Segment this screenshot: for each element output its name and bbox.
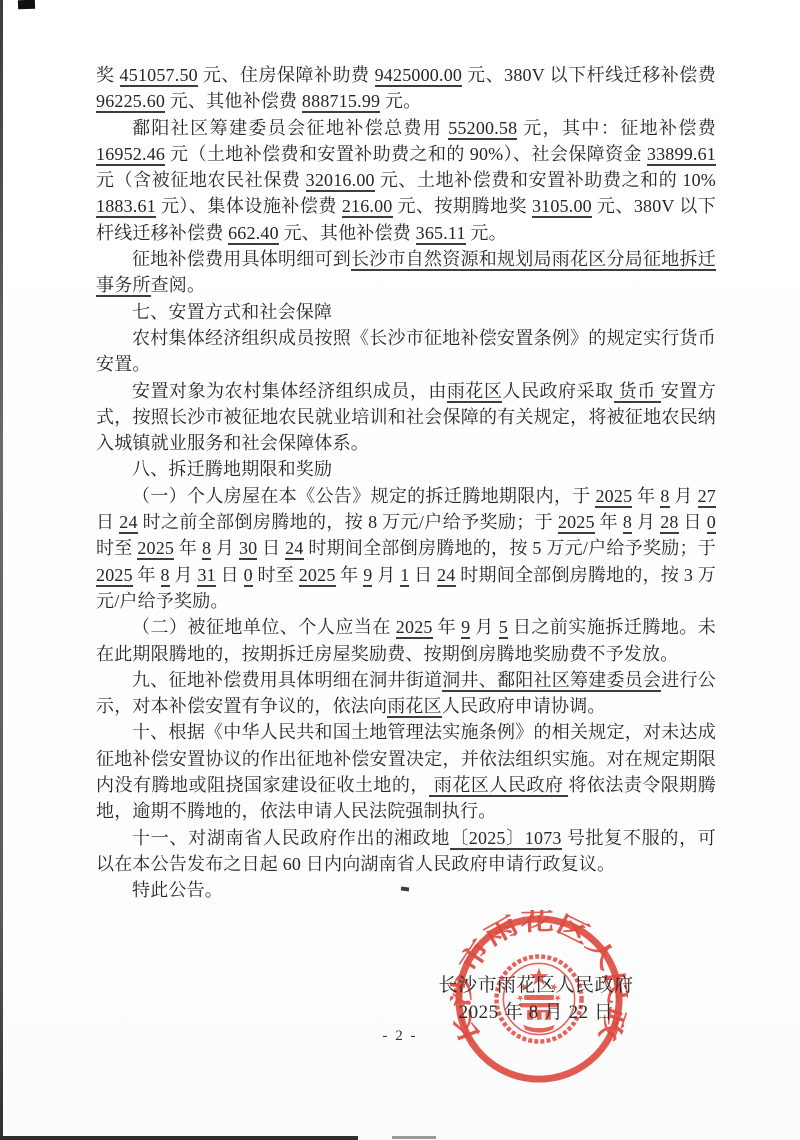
underlined-text: 2025	[396, 617, 433, 639]
text-run: 征地补偿费用具体明细可到	[132, 249, 351, 269]
text-run: 月	[670, 486, 698, 506]
underlined-text: 洞井、鄱阳社区筹建委员会	[442, 670, 661, 692]
underlined-text: 0	[244, 565, 253, 587]
underlined-text: 9425000.00	[375, 65, 463, 87]
paragraph: 九、征地补偿费用具体明细在洞井街道洞井、鄱阳社区筹建委员会进行公示，对本补偿安置…	[96, 667, 716, 720]
signature-name: 长沙市雨花区人民政府	[438, 972, 634, 999]
text-run: 查阅。	[151, 275, 206, 295]
underlined-text: 1	[400, 565, 409, 587]
underlined-text: 888715.99	[302, 91, 380, 113]
paragraph: 七、安置方式和社会保障	[96, 299, 716, 325]
text-run: 元）、集体设施补偿费	[156, 196, 342, 216]
underlined-text: 〔2025〕1073	[450, 828, 562, 850]
underlined-text: 货币	[614, 381, 661, 403]
text-run: 元。	[466, 223, 507, 243]
text-run: 元（含被征地农民社保费	[96, 170, 306, 190]
scan-bottom-artifact	[0, 1136, 358, 1140]
text-run: 日	[409, 565, 437, 585]
text-run: 九、征地补偿费用具体明细在洞井街道	[132, 670, 442, 690]
text-run: 七、安置方式和社会保障	[132, 302, 332, 322]
underlined-text: 2025	[595, 486, 632, 508]
paragraph: 十一、对湖南省人民政府作出的湘政地〔2025〕1073 号批复不服的，可以在本公…	[96, 825, 716, 878]
underlined-text: 8	[660, 486, 669, 508]
underlined-text: 24	[437, 565, 455, 587]
underlined-text: 雨花区人民政府	[429, 775, 568, 797]
text-run: 时至	[96, 538, 137, 558]
underlined-text: 雨花区	[447, 381, 503, 403]
underlined-text: 2025	[299, 565, 336, 587]
underlined-text: 216.00	[342, 196, 393, 218]
text-run: 月	[372, 565, 400, 585]
text-run: 日	[216, 565, 244, 585]
text-run: 日	[257, 538, 285, 558]
underlined-text: 24	[285, 538, 303, 560]
paragraph: 奖 451057.50 元、住房保障补助费 9425000.00 元、380V …	[96, 62, 716, 115]
text-run: 人民政府申请协调。	[442, 696, 606, 716]
text-run: 月	[170, 565, 198, 585]
signature-block: 长沙市雨花区人民政府 2025 年 8 月 22 日	[438, 972, 634, 1026]
paragraph: 安置对象为农村集体经济组织成员，由雨花区人民政府采取 货币 安置方式，按照长沙市…	[96, 378, 716, 457]
text-run: 日	[96, 512, 119, 532]
underlined-text: 5	[499, 617, 508, 639]
text-run: 时至	[253, 565, 299, 585]
underlined-text: 2025	[137, 538, 174, 560]
paragraph: 十、根据《中华人民共和国土地管理法实施条例》的相关规定，对未达成征地补偿安置协议…	[96, 719, 716, 824]
underlined-text: 24	[119, 512, 137, 534]
text-run: 年	[133, 565, 161, 585]
paragraph: （二）被征地单位、个人应当在 2025 年 9 月 5 日之前实施拆迁腾地。未在…	[96, 614, 716, 667]
underlined-text: 662.40	[228, 223, 279, 245]
text-run: 月	[211, 538, 239, 558]
page-number: - 2 -	[0, 1028, 800, 1045]
text-run: 十一、对湖南省人民政府作出的湘政地	[132, 828, 450, 848]
text-run: 月	[632, 512, 660, 532]
paragraph: 农村集体经济组织成员按照《长沙市征地补偿安置条例》的规定实行货币安置。	[96, 325, 716, 378]
underlined-text: 9	[461, 617, 470, 639]
underlined-text: 32016.00	[306, 170, 375, 192]
text-run: 元、其他补偿费	[279, 223, 416, 243]
text-run: 八、拆迁腾地期限和奖励	[132, 459, 332, 479]
scan-edge-line	[0, 0, 3, 1140]
text-run: （二）被征地单位、个人应当在	[132, 617, 396, 637]
underlined-text: 8	[623, 512, 632, 534]
text-run: 年	[595, 512, 623, 532]
text-run: 元（土地补偿费和安置补助费之和的 90%）、社会保障资金	[165, 144, 647, 164]
underlined-text: 2025	[96, 565, 133, 587]
text-run: 特此公告。	[132, 880, 223, 900]
underlined-text: 365.11	[416, 223, 466, 245]
underlined-text: 16952.46	[96, 144, 165, 166]
paragraph: （一）个人房屋在本《公告》规定的拆迁腾地期限内，于 2025 年 8 月 27 …	[96, 483, 716, 614]
text-run: 元，其中：征地补偿费	[517, 118, 716, 138]
text-run: 鄱阳社区筹建委员会征地补偿总费用	[132, 118, 448, 138]
underlined-text: 8	[161, 565, 170, 587]
text-run: 元、380V 以下杆线迁移补偿费	[462, 65, 716, 85]
text-run: 年	[336, 565, 364, 585]
text-run: 元。	[380, 91, 421, 111]
text-run: 元、住房保障补助费	[198, 65, 375, 85]
scan-corner-artifact	[18, 0, 35, 9]
scan-bottom-dash-artifact	[392, 1136, 436, 1139]
paragraph: 特此公告。	[96, 877, 716, 903]
paragraph: 八、拆迁腾地期限和奖励	[96, 456, 716, 482]
text-run: 元、其他补偿费	[165, 91, 302, 111]
underlined-text: 1883.61	[96, 196, 156, 218]
text-run: 月	[470, 617, 498, 637]
underlined-text: 33899.61	[647, 144, 716, 166]
text-run: 时之前全部倒房腾地的，按 8 万元/户给予奖励；于	[138, 512, 558, 532]
text-run: 年	[174, 538, 202, 558]
underlined-text: 55200.58	[448, 118, 517, 140]
underlined-text: 8	[202, 538, 211, 560]
text-run: 农村集体经济组织成员按照《长沙市征地补偿安置条例》的规定实行货币安置。	[96, 328, 716, 374]
text-run: 日	[679, 512, 707, 532]
underlined-text: 96225.60	[96, 91, 165, 113]
text-run: 时期间全部倒房腾地的，按 5 万元/户给予奖励；于	[304, 538, 716, 558]
document-body: 奖 451057.50 元、住房保障补助费 9425000.00 元、380V …	[96, 62, 716, 904]
text-run: 元、土地补偿费和安置补助费之和的 10%	[375, 170, 716, 190]
underlined-text: 451057.50	[120, 65, 198, 87]
underlined-text: 30	[239, 538, 257, 560]
paragraph: 鄱阳社区筹建委员会征地补偿总费用 55200.58 元，其中：征地补偿费 169…	[96, 115, 716, 246]
underlined-text: 3105.00	[532, 196, 592, 218]
scanned-document-page: 奖 451057.50 元、住房保障补助费 9425000.00 元、380V …	[0, 0, 800, 1140]
paragraph: 征地补偿费用具体明细可到长沙市自然资源和规划局雨花区分局征地拆迁事务所查阅。	[96, 246, 716, 299]
underlined-text: 2025	[558, 512, 595, 534]
underlined-text: 0	[707, 512, 716, 534]
underlined-text: 31	[197, 565, 215, 587]
underlined-text: 28	[660, 512, 678, 534]
text-run: 元、按期腾地奖	[393, 196, 532, 216]
text-run: （一）个人房屋在本《公告》规定的拆迁腾地期限内，于	[132, 486, 595, 506]
text-run: 年	[632, 486, 660, 506]
signature-date: 2025 年 8 月 22 日	[438, 999, 634, 1026]
text-run: 人民政府采取	[502, 381, 613, 401]
text-run: 年	[433, 617, 461, 637]
underlined-text: 雨花区	[387, 696, 442, 718]
text-run: 奖	[96, 65, 120, 85]
underlined-text: 27	[698, 486, 716, 508]
text-run: 安置对象为农村集体经济组织成员，由	[132, 381, 447, 401]
